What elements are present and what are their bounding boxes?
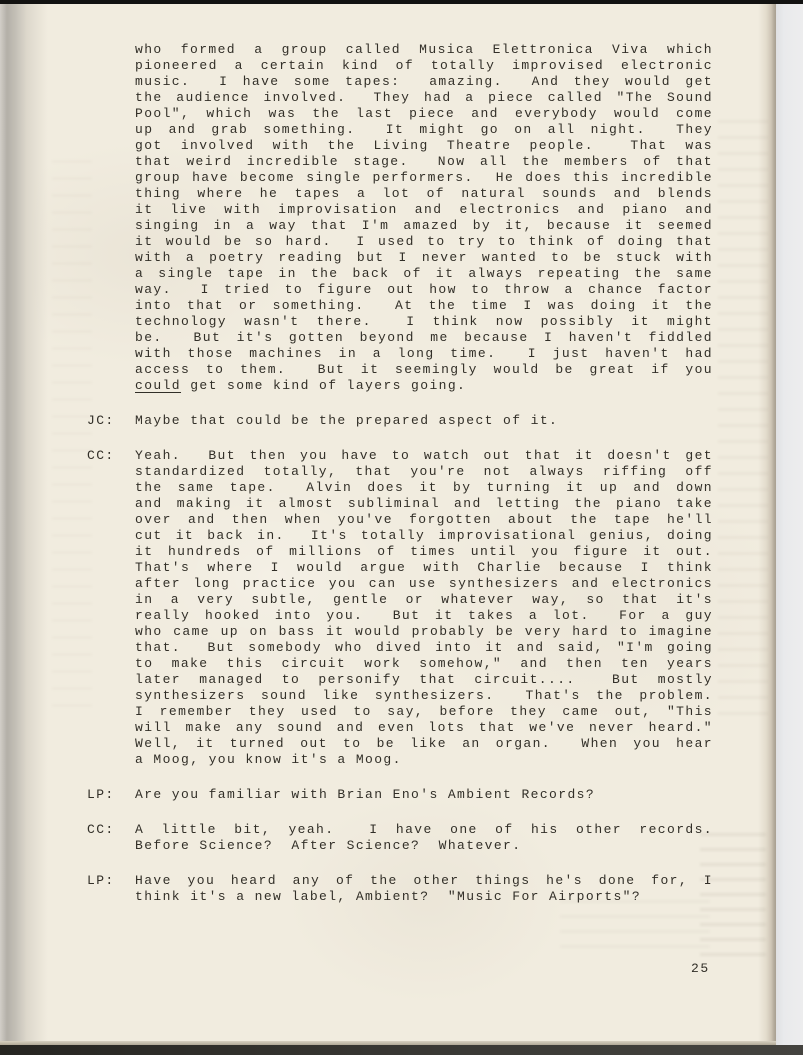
transcript-line: standardized totally, that you're not al… [135,464,713,480]
transcript-line: Have you heard any of the other things h… [135,873,713,889]
transcript-line: pioneered a certain kind of totally impr… [135,58,713,74]
paragraph: JC:Maybe that could be the prepared aspe… [87,413,713,429]
paragraph: LP:Have you heard any of the other thing… [87,873,713,905]
page-number: 25 [691,961,710,977]
speaker-label: CC: [87,448,115,464]
top-scan-bar [0,0,803,4]
transcript-line: after long practice you can use synthesi… [135,576,713,592]
scanned-page: who formed a group called Musica Elettro… [0,0,803,1055]
transcript-line: it would be so hard. I used to try to th… [135,234,713,250]
transcript-line: synthesizers sound like synthesizers. Th… [135,688,713,704]
transcript-line: Are you familiar with Brian Eno's Ambien… [135,787,713,803]
transcript-line: with a poetry reading but I never wanted… [135,250,713,266]
transcript-line: Pool", which was the last piece and ever… [135,106,713,122]
paragraph: CC:A little bit, yeah. I have one of his… [87,822,713,854]
transcript-line: it live with improvisation and electroni… [135,202,713,218]
transcript-line: later managed to personify that circuit.… [135,672,713,688]
transcript-line: in a very subtle, gentle or whatever way… [135,592,713,608]
transcript-line: a single tape in the back of it always r… [135,266,713,282]
transcript-line: Well, it turned out to be like an organ.… [135,736,713,752]
transcript-line: thing where he tapes a lot of natural so… [135,186,713,202]
transcript-line: with those machines in a long time. I ju… [135,346,713,362]
transcript-line: that. But somebody who dived into it and… [135,640,713,656]
transcript-line: the audience involved. They had a piece … [135,90,713,106]
transcript-line: a Moog, you know it's a Moog. [135,752,713,768]
paragraph: CC:Yeah. But then you have to watch out … [87,448,713,768]
transcript-line: got involved with the Living Theatre peo… [135,138,713,154]
transcript-line: music. I have some tapes: amazing. And t… [135,74,713,90]
transcript-line: group have become single performers. He … [135,170,713,186]
transcript-line: and making it almost subliminal and lett… [135,496,713,512]
transcript-line: the same tape. Alvin does it by turning … [135,480,713,496]
speaker-label: LP: [87,873,115,889]
transcript-line: I remember they used to say, before they… [135,704,713,720]
transcript: who formed a group called Musica Elettro… [87,42,713,905]
transcript-line: Before Science? After Science? Whatever. [135,838,713,854]
speaker-label: LP: [87,787,115,803]
transcript-line: A little bit, yeah. I have one of his ot… [135,822,713,838]
transcript-line: technology wasn't there. I think now pos… [135,314,713,330]
transcript-line: really hooked into you. But it takes a l… [135,608,713,624]
speaker-label: JC: [87,413,115,429]
transcript-line: think it's a new label, Ambient? "Music … [135,889,713,905]
transcript-line: Maybe that could be the prepared aspect … [135,413,713,429]
transcript-line: be. But it's gotten beyond me because I … [135,330,713,346]
speaker-label: CC: [87,822,115,838]
transcript-line: who formed a group called Musica Elettro… [135,42,713,58]
page-edge [758,4,776,1045]
transcript-line: up and grab something. It might go on al… [135,122,713,138]
transcript-line: access to them. But it seemingly would b… [135,362,713,378]
text-segment: get some kind of layers going. [181,378,466,393]
transcript-line: that weird incredible stage. Now all the… [135,154,713,170]
transcript-line: way. I tried to figure out how to throw … [135,282,713,298]
transcript-line: cut it back in. It's totally improvisati… [135,528,713,544]
underlined-word: could [135,378,181,393]
transcript-line: will make any sound and even lots that w… [135,720,713,736]
transcript-line: to make this circuit work somehow," and … [135,656,713,672]
scan-backdrop [776,0,803,1055]
transcript-line: who came up on bass it would probably be… [135,624,713,640]
paragraph: LP:Are you familiar with Brian Eno's Amb… [87,787,713,803]
gutter-shadow [0,4,48,1045]
paragraph: who formed a group called Musica Elettro… [87,42,713,394]
transcript-line: That's where I would argue with Charlie … [135,560,713,576]
transcript-line: Yeah. But then you have to watch out tha… [135,448,713,464]
transcript-line: over and then when you've forgotten abou… [135,512,713,528]
transcript-line: singing in a way that I'm amazed by it, … [135,218,713,234]
transcript-line: into that or something. At the time I wa… [135,298,713,314]
transcript-line: could get some kind of layers going. [135,378,713,394]
bottom-scan-bar [0,1045,803,1055]
transcript-line: it hundreds of millions of times until y… [135,544,713,560]
